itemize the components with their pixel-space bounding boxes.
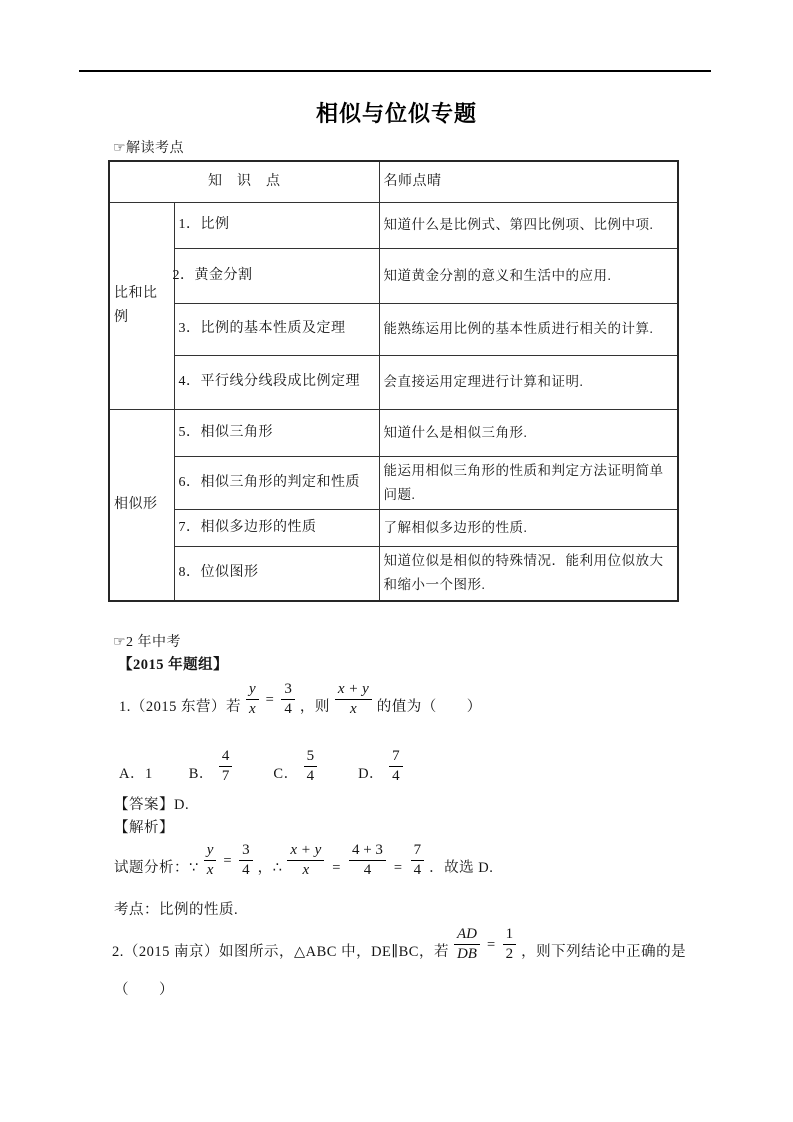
answer-line: 【答案】D.: [114, 794, 189, 816]
tip-cell: 知道位似是相似的特殊情况．能利用位似放大和缩小一个图形.: [379, 546, 678, 601]
fraction-x-plus-y-over-x: x + y x: [335, 681, 372, 718]
section-marker-2nian-zhongkao: ☞2 年中考: [113, 631, 181, 651]
option-c: C．: [273, 764, 298, 785]
fraction-denominator: x: [302, 861, 309, 879]
table-row: 2．黄金分割 知道黄金分割的意义和生活中的应用.: [109, 248, 678, 303]
fraction-numerator: 4: [219, 748, 233, 767]
fraction-numerator: 1: [503, 926, 517, 945]
fraction-5-over-4: 5 4: [304, 748, 318, 785]
fraction-numerator: 4 + 3: [349, 842, 386, 861]
fraction-denominator: 2: [506, 945, 514, 963]
analysis-line: 试题分析：∵ y x = 3 4 ，∴ x + y x = 4 + 3 4 = …: [114, 842, 493, 879]
fraction-3-over-4: 3 4: [281, 681, 295, 718]
fraction-4-over-7: 4 7: [219, 748, 233, 785]
analysis-tail: ．故选 D.: [429, 858, 493, 879]
table-row: 比和比例 1．比例 知道什么是比例式、第四比例项、比例中项.: [109, 202, 678, 248]
table-row: 7．相似多边形的性质 了解相似多边形的性质.: [109, 509, 678, 546]
fraction-denominator: 4: [307, 767, 315, 785]
equals-sign: =: [394, 858, 403, 879]
question-1-lead: 1.（2015 东营）若: [119, 697, 241, 718]
fraction-denominator: 4: [392, 767, 400, 785]
question-2-tail: ，则下列结论中正确的是: [521, 942, 686, 963]
document-page: 相似与位似专题 ☞解读考点 知 识 点 名师点晴 比和比例 1．比例 知道什么是…: [0, 0, 793, 1122]
point-cell: 1．比例: [174, 202, 379, 248]
question-1-tail: 的值为（ ）: [377, 697, 482, 718]
fraction-denominator: x: [249, 700, 256, 718]
year-group-header: 【2015 年题组】: [118, 653, 228, 674]
question-2-lead: 2.（2015 南京）如图所示，△ABC 中，DE∥BC，若: [112, 942, 449, 963]
fraction-denominator: x: [350, 700, 357, 718]
equals-sign: =: [487, 937, 496, 953]
section-marker-jiedu-kaodian: ☞解读考点: [113, 137, 184, 157]
point-cell: 8．位似图形: [174, 546, 379, 601]
fraction-x-plus-y-over-x: x + y x: [287, 842, 324, 879]
fraction-y-over-x: y x: [204, 842, 217, 879]
question-1-options: A．1 B． 4 7 C． 5 4 D． 7 4: [119, 741, 408, 785]
fraction-denominator: x: [207, 861, 214, 879]
table-row: 8．位似图形 知道位似是相似的特殊情况．能利用位似放大和缩小一个图形.: [109, 546, 678, 601]
fraction-4-plus-3-over-4: 4 + 3 4: [349, 842, 386, 879]
equals-sign: =: [332, 858, 341, 879]
analysis-mid: ，∴: [258, 858, 283, 879]
fraction-numerator: x + y: [287, 842, 324, 861]
tip-cell: 知道什么是相似三角形.: [379, 409, 678, 456]
fraction-numerator: 3: [239, 842, 253, 861]
option-b: B．: [189, 764, 214, 785]
fraction-y-over-x: y x: [246, 681, 259, 718]
equals-sign: =: [266, 692, 275, 708]
fraction-numerator: 7: [389, 748, 403, 767]
tip-cell: 知道什么是比例式、第四比例项、比例中项.: [379, 202, 678, 248]
point-cell: 7．相似多边形的性质: [174, 509, 379, 546]
fraction-denominator: 4: [284, 700, 292, 718]
page-title: 相似与位似专题: [0, 97, 793, 128]
table-row: 4．平行线分线段成比例定理 会直接运用定理进行计算和证明.: [109, 355, 678, 409]
fraction-denominator: DB: [457, 945, 477, 963]
tip-cell: 能运用相似三角形的性质和判定方法证明简单问题.: [379, 456, 678, 509]
fraction-numerator: 5: [304, 748, 318, 767]
fraction-3-over-4: 3 4: [239, 842, 253, 879]
tip-cell: 知道黄金分割的意义和生活中的应用.: [379, 248, 678, 303]
question-1: 1.（2015 东营）若 y x = 3 4 ，则 x + y x 的值为（ ）: [119, 681, 482, 718]
fraction-numerator: x + y: [335, 681, 372, 700]
exam-point-line: 考点：比例的性质.: [114, 899, 238, 921]
table-row: 6．相似三角形的判定和性质 能运用相似三角形的性质和判定方法证明简单问题.: [109, 456, 678, 509]
table-header-tips: 名师点晴: [379, 161, 678, 202]
question-2-answer-blank: （ ）: [114, 979, 174, 1001]
equals-sign: =: [223, 853, 232, 869]
fraction-7-over-4: 7 4: [411, 842, 425, 879]
tip-cell: 会直接运用定理进行计算和证明.: [379, 355, 678, 409]
fraction-numerator: y: [204, 842, 217, 861]
fraction-numerator: AD: [454, 926, 480, 945]
tip-cell: 了解相似多边形的性质.: [379, 509, 678, 546]
fraction-7-over-4: 7 4: [389, 748, 403, 785]
fraction-AD-over-DB: AD DB: [454, 926, 480, 963]
option-d: D．: [358, 764, 384, 785]
table-header-row: 知 识 点 名师点晴: [109, 161, 678, 202]
fraction-denominator: 4: [364, 861, 372, 879]
analysis-lead: 试题分析：∵: [114, 858, 199, 879]
group-cell-bihebili: 比和比例: [109, 202, 174, 409]
question-2: 2.（2015 南京）如图所示，△ABC 中，DE∥BC，若 AD DB = 1…: [112, 926, 686, 963]
fraction-denominator: 4: [414, 861, 422, 879]
table-row: 3．比例的基本性质及定理 能熟练运用比例的基本性质进行相关的计算.: [109, 303, 678, 355]
knowledge-points-table: 知 识 点 名师点晴 比和比例 1．比例 知道什么是比例式、第四比例项、比例中项…: [108, 160, 679, 602]
fraction-1-over-2: 1 2: [503, 926, 517, 963]
point-cell: 6．相似三角形的判定和性质: [174, 456, 379, 509]
fraction-denominator: 7: [222, 767, 230, 785]
group-cell-xiangsixing: 相似形: [109, 409, 174, 601]
tip-cell: 能熟练运用比例的基本性质进行相关的计算.: [379, 303, 678, 355]
point-cell: 4．平行线分线段成比例定理: [174, 355, 379, 409]
point-cell: 3．比例的基本性质及定理: [174, 303, 379, 355]
point-cell: 2．黄金分割: [174, 248, 379, 303]
fraction-denominator: 4: [242, 861, 250, 879]
point-cell: 5．相似三角形: [174, 409, 379, 456]
fraction-numerator: 7: [411, 842, 425, 861]
fraction-numerator: y: [246, 681, 259, 700]
fraction-numerator: 3: [281, 681, 295, 700]
analysis-label: 【解析】: [114, 817, 174, 839]
table-header-knowledge: 知 识 点: [109, 161, 379, 202]
option-a: A．1: [119, 764, 153, 785]
question-1-then: ，则: [300, 697, 330, 718]
header-rule: [79, 70, 711, 72]
table-row: 相似形 5．相似三角形 知道什么是相似三角形.: [109, 409, 678, 456]
